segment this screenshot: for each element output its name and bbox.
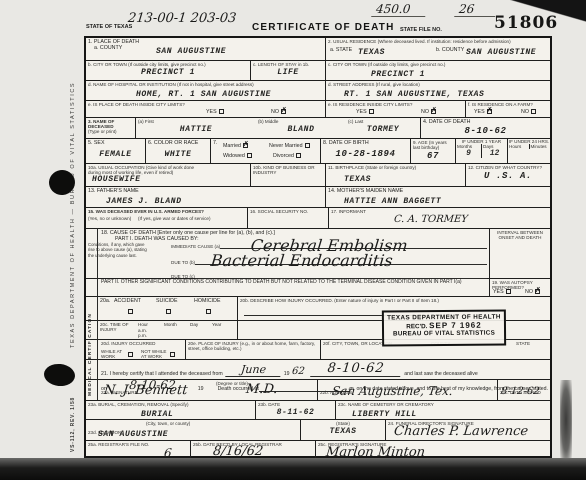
scanned-death-certificate: TEXAS DEPARTMENT OF HEALTH — BUREAU OF V… <box>0 0 586 480</box>
certify-pre-text: 21. I hereby certify that I attended the… <box>101 371 223 377</box>
field-street-address: d. STREET ADDRESS (If rural, give locati… <box>326 81 550 100</box>
marital-number-label: 7. <box>213 140 217 146</box>
field-signature: 22a. SIGNATURE (Degree or title) N. J. B… <box>86 380 318 400</box>
field-if-under-24-hrs: IF UNDER 24 HRS. Hours Minutes <box>508 139 550 163</box>
describe-injury-label: 20b. DESCRIBE HOW INJURY OCCURRED. (Ente… <box>240 298 548 303</box>
field-informant: 17. INFORMANT C. A. TORMEY <box>329 208 550 228</box>
handwritten-file-code: 213-00-1 203-03 <box>127 11 237 26</box>
row-burial: 23a. BURIAL, CREMATION, REMOVAL (Specify… <box>86 400 550 419</box>
field-residence-city: c. CITY OR TOWN (If outside city limits,… <box>326 61 550 80</box>
field-mothers-maiden-name: 14. MOTHER'S MAIDEN NAME HATTIE ANN BAGG… <box>326 187 550 207</box>
widowed-checkbox <box>247 153 252 158</box>
field-last-name: (c) Last TORMEY <box>346 118 421 138</box>
middle-name-value: BLAND <box>258 125 344 134</box>
field-time-of-injury: 20c. TIME OF INJURY Hour a.m. p.m. Month… <box>86 321 238 339</box>
row-service-informant: 15. WAS DECEASED EVER IN U.S. ARMED FORC… <box>86 207 550 228</box>
field-burial-location: 23d. LOCATION (City, town, or county) SA… <box>86 420 301 440</box>
while-at-work-checkbox <box>128 352 133 357</box>
residence-state-label: a. STATE <box>330 47 352 53</box>
field-fathers-name: 13. FATHER'S NAME JAMES J. BLAND <box>86 187 326 207</box>
certificate-title: CERTIFICATE OF DEATH <box>252 22 395 33</box>
date-of-death-value: 8-10-62 <box>423 126 548 136</box>
homicide-label: HOMICIDE <box>194 298 221 304</box>
field-usual-occupation: 10a. USUAL OCCUPATION (Give kind of work… <box>86 164 251 186</box>
date-received-handwritten: 8/16/62 <box>212 444 264 459</box>
funeral-director-signature-handwritten: Charles P. Lawrence <box>393 424 529 439</box>
row-name-of-deceased: 3. NAME OF DECEASED (Type or print) (a) … <box>86 117 550 138</box>
field-place-of-death-county: 1. PLACE OF DEATH a. COUNTY SAN AUGUSTIN… <box>86 38 326 60</box>
field-date-of-birth: 8. DATE OF BIRTH 10-28-1894 <box>321 139 411 163</box>
length-of-stay-label: c. LENGTH OF STAY in 1b. <box>253 62 323 67</box>
yes-checkbox <box>369 109 374 114</box>
field-cemetery: 23c. NAME OF CEMETERY OR CREMATORY LIBER… <box>336 401 550 419</box>
cause-b-handwritten: Bacterial Endocarditis <box>210 251 393 267</box>
printed-19: 19 <box>284 371 290 377</box>
day-label: Day <box>190 322 198 327</box>
field-cause-of-death: 18. CAUSE OF DEATH [Enter only one cause… <box>86 229 490 278</box>
occupation-value: HOUSEWIFE <box>92 175 141 184</box>
section-divider-line <box>97 228 98 400</box>
field-social-security: 16. SOCIAL SECURITY NO. <box>248 208 329 228</box>
pm-label: p.m. <box>138 333 147 338</box>
last-name-label: (c) Last <box>348 119 418 124</box>
degree-label: (Degree or title) <box>216 381 248 386</box>
street-address-value: RT. 1 SAN AUGUSTINE, TEXAS <box>344 90 484 99</box>
place-of-injury-label: 20e. PLACE OF INJURY (e.g., in or about … <box>188 341 318 351</box>
age-label: 9. AGE (In years last birthday) <box>413 140 453 150</box>
physician-address-handwritten: San Augustine, Tex. <box>331 384 453 398</box>
cause-a-handwritten: Cerebral Embolism <box>250 236 408 251</box>
field-funeral-director: 24. FUNERAL DIRECTOR'S SIGNATURE Charles… <box>386 420 550 440</box>
autopsy-no-checkbox-checked <box>535 289 540 294</box>
field-burial-date: 23b. DATE 8-11-62 <box>256 401 336 419</box>
row-demographics: 5. SEX FEMALE 6. COLOR OR RACE WHITE 7. … <box>86 138 550 163</box>
field-kind-of-business: 10b. KIND OF BUSINESS OR INDUSTRY <box>251 164 326 186</box>
first-name-label: (a) First <box>138 119 254 124</box>
field-part2: PART II. OTHER SIGNIFICANT CONDITIONS CO… <box>86 279 490 296</box>
year-label: Year <box>212 322 221 327</box>
sex-label: 5. SEX <box>88 140 143 146</box>
attended-from-handwritten: June <box>225 363 281 377</box>
field-residence-inside-limits: e. IS RESIDENCE INSIDE CITY LIMITS? YES … <box>326 101 466 117</box>
degree-handwritten: M.D. <box>245 382 278 397</box>
ssn-label: 16. SOCIAL SECURITY NO. <box>250 209 326 214</box>
married-label: Married <box>223 143 241 149</box>
last-name-value: TORMEY <box>348 125 418 134</box>
field-usual-residence: 2. USUAL RESIDENCE (Where deceased lived… <box>326 38 550 60</box>
field-residence-on-farm: f. IS RESIDENCE ON A FARM? YES NO <box>466 101 550 117</box>
birthplace-value: TEXAS <box>344 175 371 184</box>
row-city-town: b. CITY OR TOWN (If outside city limits,… <box>86 60 550 80</box>
city-value: PRECINCT 1 <box>88 68 248 77</box>
field-birthplace: 11. BIRTHPLACE (State or foreign country… <box>326 164 466 186</box>
row-physician-signature: 22a. SIGNATURE (Degree or title) N. J. B… <box>86 379 550 400</box>
medical-certification-vertical-label: MEDICAL CERTIFICATION <box>88 313 93 396</box>
race-label: 6. COLOR OR RACE <box>148 140 208 146</box>
time-of-injury-label: 20c. TIME OF INJURY <box>100 322 130 332</box>
hour-label: Hour <box>138 322 148 327</box>
county-value: SAN AUGUSTINE <box>156 47 226 56</box>
race-value: WHITE <box>148 150 208 159</box>
street-address-label: d. STREET ADDRESS (If rural, give locati… <box>328 82 548 87</box>
row-parents: 13. FATHER'S NAME JAMES J. BLAND 14. MOT… <box>86 186 550 207</box>
never-married-checkbox <box>305 143 310 148</box>
field-length-of-stay: c. LENGTH OF STAY in 1b. LIFE <box>251 61 326 80</box>
never-married-label: Never Married <box>269 143 303 149</box>
married-checkbox-checked <box>243 143 248 148</box>
no-label: NO <box>421 109 429 115</box>
yes-checkbox <box>219 109 224 114</box>
cemetery-label: 23c. NAME OF CEMETERY OR CREMATORY <box>338 402 548 407</box>
due-to-b-label: DUE TO (b) <box>171 260 195 265</box>
attended-to-handwritten: 8-10-62 <box>310 361 402 377</box>
row-cause-of-death: 18. CAUSE OF DEATH [Enter only one cause… <box>86 228 550 278</box>
no-checkbox-checked <box>431 109 436 114</box>
location-value: SAN AUGUSTINE <box>98 430 168 439</box>
birthplace-label: 11. BIRTHPLACE (State or foreign country… <box>328 165 463 170</box>
field-citizen: 12. CITIZEN OF WHAT COUNTRY? U .S. A. <box>466 164 550 186</box>
date-signed-handwritten: 8-12-62 <box>500 386 540 397</box>
state-file-no-label: STATE FILE NO. <box>400 27 442 33</box>
row-certification: 21. I hereby certify that I attended the… <box>86 359 550 379</box>
widowed-label: Widowed <box>223 153 245 159</box>
field-hospital-institution: d. NAME OF HOSPITAL OR INSTITUTION (If n… <box>86 81 326 100</box>
field-first-name: (a) First HATTIE <box>136 118 256 138</box>
mothers-name-value: HATTIE ANN BAGGETT <box>344 197 441 206</box>
citizen-value: U .S. A. <box>468 171 548 181</box>
divorced-checkbox <box>296 153 301 158</box>
state-of-texas-label: STATE OF TEXAS <box>86 24 132 30</box>
citizen-label: 12. CITIZEN OF WHAT COUNTRY? <box>468 165 548 170</box>
location-sub-label: (City, town, or county) <box>146 421 190 426</box>
handwritten-code-450: 450.0 <box>371 2 427 17</box>
field-interval: INTERVAL BETWEEN ONSET AND DEATH <box>490 229 550 278</box>
length-of-stay-value: LIFE <box>253 68 323 77</box>
field-name-label: 3. NAME OF DECEASED (Type or print) <box>86 118 136 138</box>
residence-county-value: SAN AUGUSTINE <box>466 48 536 57</box>
date-of-birth-label: 8. DATE OF BIRTH <box>323 140 408 146</box>
margin-vertical-agency-text: TEXAS DEPARTMENT OF HEALTH — BUREAU OF V… <box>70 82 76 348</box>
farm-label: f. IS RESIDENCE ON A FARM? <box>468 102 548 107</box>
part2-label: PART II. OTHER SIGNIFICANT CONDITIONS CO… <box>101 280 487 286</box>
yes-label: YES <box>493 289 504 295</box>
residence-state-value: TEXAS <box>358 48 385 57</box>
middle-name-label: (b) Middle <box>258 119 344 124</box>
yes-checkbox-checked <box>487 109 492 114</box>
no-checkbox <box>531 109 536 114</box>
days-value: 12 <box>482 149 507 158</box>
year-handwritten: 62 <box>292 366 306 377</box>
fathers-name-label: 13. FATHER'S NAME <box>88 188 323 194</box>
name-of-deceased-label: 3. NAME OF DECEASED <box>88 119 133 129</box>
row-city-limits: e. IS PLACE OF DEATH INSIDE CITY LIMITS?… <box>86 100 550 117</box>
physician-signature-handwritten: N. J. Bennett <box>103 383 188 398</box>
autopsy-yes-checkbox <box>506 289 511 294</box>
row-occupation: 10a. USUAL OCCUPATION (Give kind of work… <box>86 163 550 186</box>
armed-forces-sub2: (If yes, give war or dates of service) <box>138 216 211 221</box>
while-at-work-label: WHILE AT WORK <box>101 349 125 359</box>
field-burial-type: 23a. BURIAL, CREMATION, REMOVAL (Specify… <box>86 401 256 419</box>
hours-label: Hours <box>508 144 530 149</box>
residence-city-value: PRECINCT 1 <box>371 70 425 79</box>
armed-forces-sub1: (Yes, no or unknown) <box>88 216 131 221</box>
field-marital-status: 7. Married Never Married Widowed Divorce… <box>211 139 321 163</box>
stamp-date: SEP 7 1962 <box>429 321 482 330</box>
type-or-print-label: (Type or print) <box>88 129 133 134</box>
field-certification-statement: 21. I hereby certify that I attended the… <box>86 360 550 379</box>
date-of-birth-value: 10-28-1894 <box>323 149 408 159</box>
scan-bottom-edge <box>0 458 586 480</box>
field-middle-name: (b) Middle BLAND <box>256 118 346 138</box>
injury-occurred-label: 20d. INJURY OCCURRED <box>101 341 183 346</box>
item-20a-label: 20a. <box>100 298 110 304</box>
no-label: NO <box>525 289 533 295</box>
occupation-label: 10a. USUAL OCCUPATION (Give kind of work… <box>88 165 198 175</box>
divorced-label: Divorced <box>273 153 294 159</box>
registrar-file-label: 25a. REGISTRAR'S FILE NO. <box>88 442 188 447</box>
usual-residence-label: 2. USUAL RESIDENCE (Where deceased lived… <box>328 39 548 44</box>
business-label: 10b. KIND OF BUSINESS OR INDUSTRY <box>253 165 323 175</box>
yes-label: YES <box>474 109 485 115</box>
field-accident-suicide-homicide: 20a. ACCIDENT SUICIDE HOMICIDE <box>86 297 238 320</box>
cemetery-value: LIBERTY HILL <box>352 410 417 419</box>
informant-value: C. A. TORMEY <box>393 214 468 225</box>
field-age: 9. AGE (In years last birthday) 67 <box>411 139 456 163</box>
yes-label: YES <box>356 109 367 115</box>
field-date-signed: 22c. DATE SIGNED 8-12-62 <box>498 380 550 400</box>
not-while-at-work-label: NOT WHILE AT WORK <box>141 349 167 359</box>
residence-city-label: c. CITY OR TOWN (If outside city limits,… <box>328 62 548 67</box>
field-burial-state: (State) TEXAS <box>301 420 386 440</box>
homicide-checkbox <box>206 309 211 314</box>
field-date-of-death: 4. DATE OF DEATH 8-10-62 <box>421 118 550 138</box>
armed-forces-label: 15. WAS DECEASED EVER IN U.S. ARMED FORC… <box>88 209 245 214</box>
field-armed-forces: 15. WAS DECEASED EVER IN U.S. ARMED FORC… <box>86 208 248 228</box>
city-label: b. CITY OR TOWN (If outside city limits,… <box>88 62 248 67</box>
field-injury-occurred: 20d. INJURY OCCURRED WHILE AT WORK NOT W… <box>86 340 186 359</box>
field-if-under-1-year: IF UNDER 1 YEAR Months Days 9 12 <box>456 139 508 163</box>
field-physician-address: 22b. ADDRESS San Augustine, Tex. <box>318 380 498 400</box>
row-registrar: 25a. REGISTRAR'S FILE NO. 6 25b. DATE RE… <box>86 440 550 460</box>
month-label: Month <box>164 322 177 327</box>
row-burial-location: 23d. LOCATION (City, town, or county) SA… <box>86 419 550 440</box>
accident-label: ACCIDENT <box>114 298 141 304</box>
death-limits-label: e. IS PLACE OF DEATH INSIDE CITY LIMITS? <box>88 102 323 107</box>
residence-limits-label: e. IS RESIDENCE INSIDE CITY LIMITS? <box>328 102 463 107</box>
mothers-name-label: 14. MOTHER'S MAIDEN NAME <box>328 188 548 194</box>
certify-tail1-text: and last saw the deceased alive <box>404 371 478 377</box>
minutes-label: Minutes <box>530 144 551 149</box>
no-label: NO <box>271 109 279 115</box>
burial-state-value: TEXAS <box>303 427 383 436</box>
burial-label: 23a. BURIAL, CREMATION, REMOVAL (Specify… <box>88 402 253 407</box>
field-place-of-injury: 20e. PLACE OF INJURY (e.g., in or about … <box>186 340 321 359</box>
row-institution-address: d. NAME OF HOSPITAL OR INSTITUTION (If n… <box>86 80 550 100</box>
residence-county-label: b. COUNTY <box>436 47 464 53</box>
months-value: 9 <box>456 149 482 158</box>
stamp-line3: BUREAU OF VITAL STATISTICS <box>384 329 504 337</box>
state-sub-label: (State) <box>303 421 383 426</box>
certificate-form: 1. PLACE OF DEATH a. COUNTY SAN AUGUSTIN… <box>84 36 552 458</box>
age-value: 67 <box>413 151 453 161</box>
institution-label: d. NAME OF HOSPITAL OR INSTITUTION (If n… <box>88 82 258 87</box>
accident-checkbox <box>128 309 133 314</box>
field-autopsy: 19. WAS AUTOPSY PERFORMED? YES NO <box>490 279 550 296</box>
handwritten-code-26: 26 <box>454 2 497 17</box>
field-death-inside-limits: e. IS PLACE OF DEATH INSIDE CITY LIMITS?… <box>86 101 326 117</box>
burial-date-value: 8-11-62 <box>258 408 333 417</box>
injury-state-label: STATE <box>516 341 530 346</box>
certificate-header: STATE OF TEXAS 213-00-1 203-03 CERTIFICA… <box>0 0 586 36</box>
institution-value: HOME, RT. 1 SAN AUGUSTINE <box>136 90 271 99</box>
state-file-number: 51806 <box>494 13 558 33</box>
burial-value: BURIAL <box>141 410 173 419</box>
date-of-death-label: 4. DATE OF DEATH <box>423 119 548 125</box>
received-stamp: TEXAS DEPARTMENT OF HEALTH REC'D. SEP 7 … <box>382 309 506 346</box>
no-label: NO <box>521 109 529 115</box>
suicide-checkbox <box>166 309 171 314</box>
interval-label: INTERVAL BETWEEN ONSET AND DEATH <box>492 230 548 240</box>
not-while-at-work-checkbox <box>170 352 175 357</box>
row-part2-autopsy: PART II. OTHER SIGNIFICANT CONDITIONS CO… <box>86 278 550 296</box>
row-place-residence: 1. PLACE OF DEATH a. COUNTY SAN AUGUSTIN… <box>86 38 550 60</box>
form-number: VS-112, REV. 1/58 <box>70 397 76 452</box>
immediate-cause-label: IMMEDIATE CAUSE (a) <box>171 244 220 249</box>
field-city-or-town: b. CITY OR TOWN (If outside city limits,… <box>86 61 251 80</box>
suicide-label: SUICIDE <box>156 298 178 304</box>
burial-date-label: 23b. DATE <box>258 402 333 407</box>
scan-smudge-artifact <box>560 380 572 460</box>
first-name-value: HATTIE <box>138 125 254 134</box>
field-sex: 5. SEX FEMALE <box>86 139 146 163</box>
fathers-name-value: JAMES J. BLAND <box>106 197 182 206</box>
field-color-or-race: 6. COLOR OR RACE WHITE <box>146 139 211 163</box>
no-checkbox-checked <box>281 109 286 114</box>
punch-hole <box>43 362 76 387</box>
sex-value: FEMALE <box>88 150 143 159</box>
yes-label: YES <box>206 109 217 115</box>
